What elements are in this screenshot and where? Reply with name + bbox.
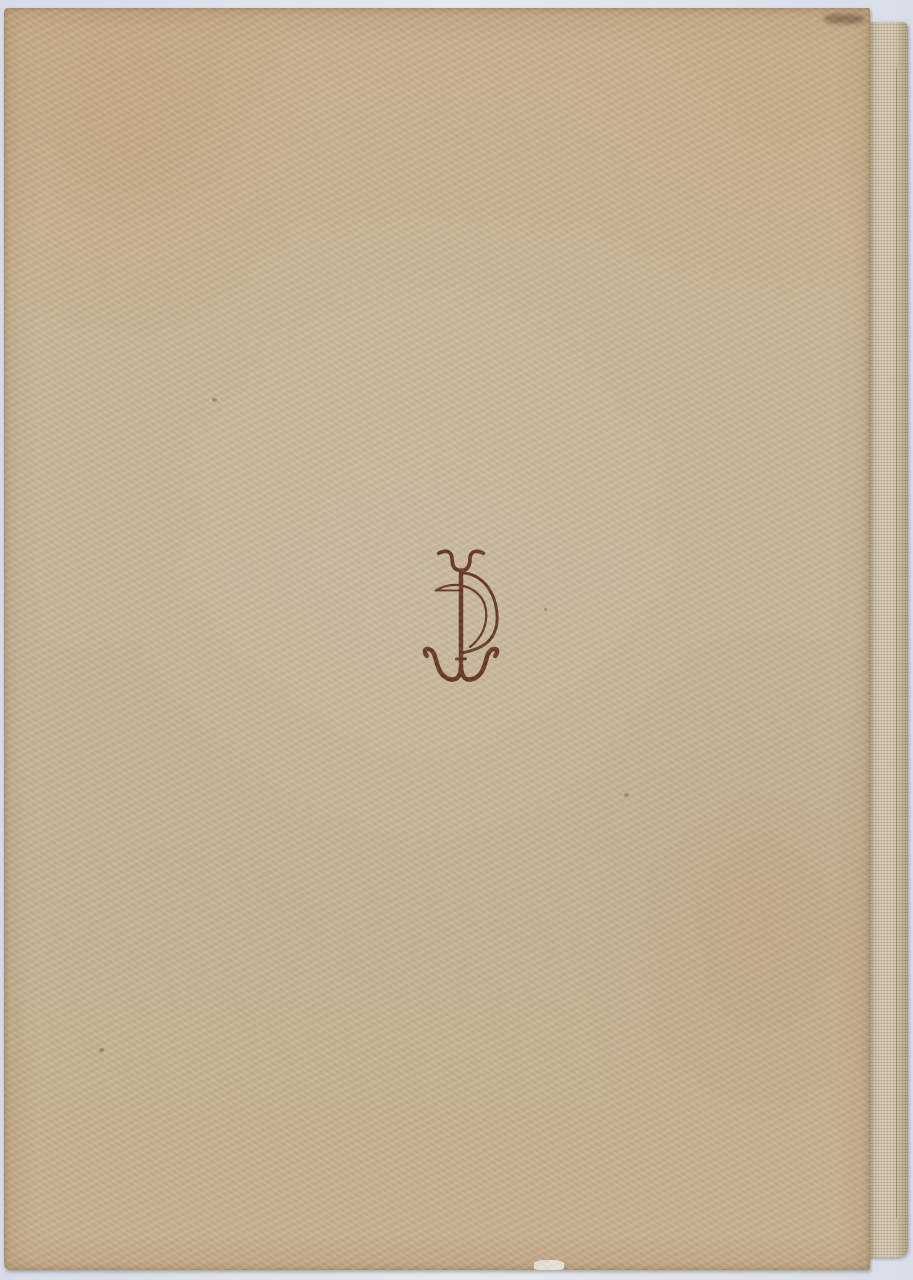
book [4,8,908,1270]
monogram-d-trident-icon [409,520,513,710]
photo-scene [0,0,913,1280]
back-cover [4,8,870,1270]
stain-speck [212,398,217,402]
stain-speck [99,1048,104,1052]
spine-cloth-edge [866,22,908,1258]
cover-damage-nick [534,1260,564,1270]
worn-corner [824,14,864,24]
spine-seam [896,68,897,1218]
stain-speck [544,608,547,611]
stain-speck [624,793,629,797]
